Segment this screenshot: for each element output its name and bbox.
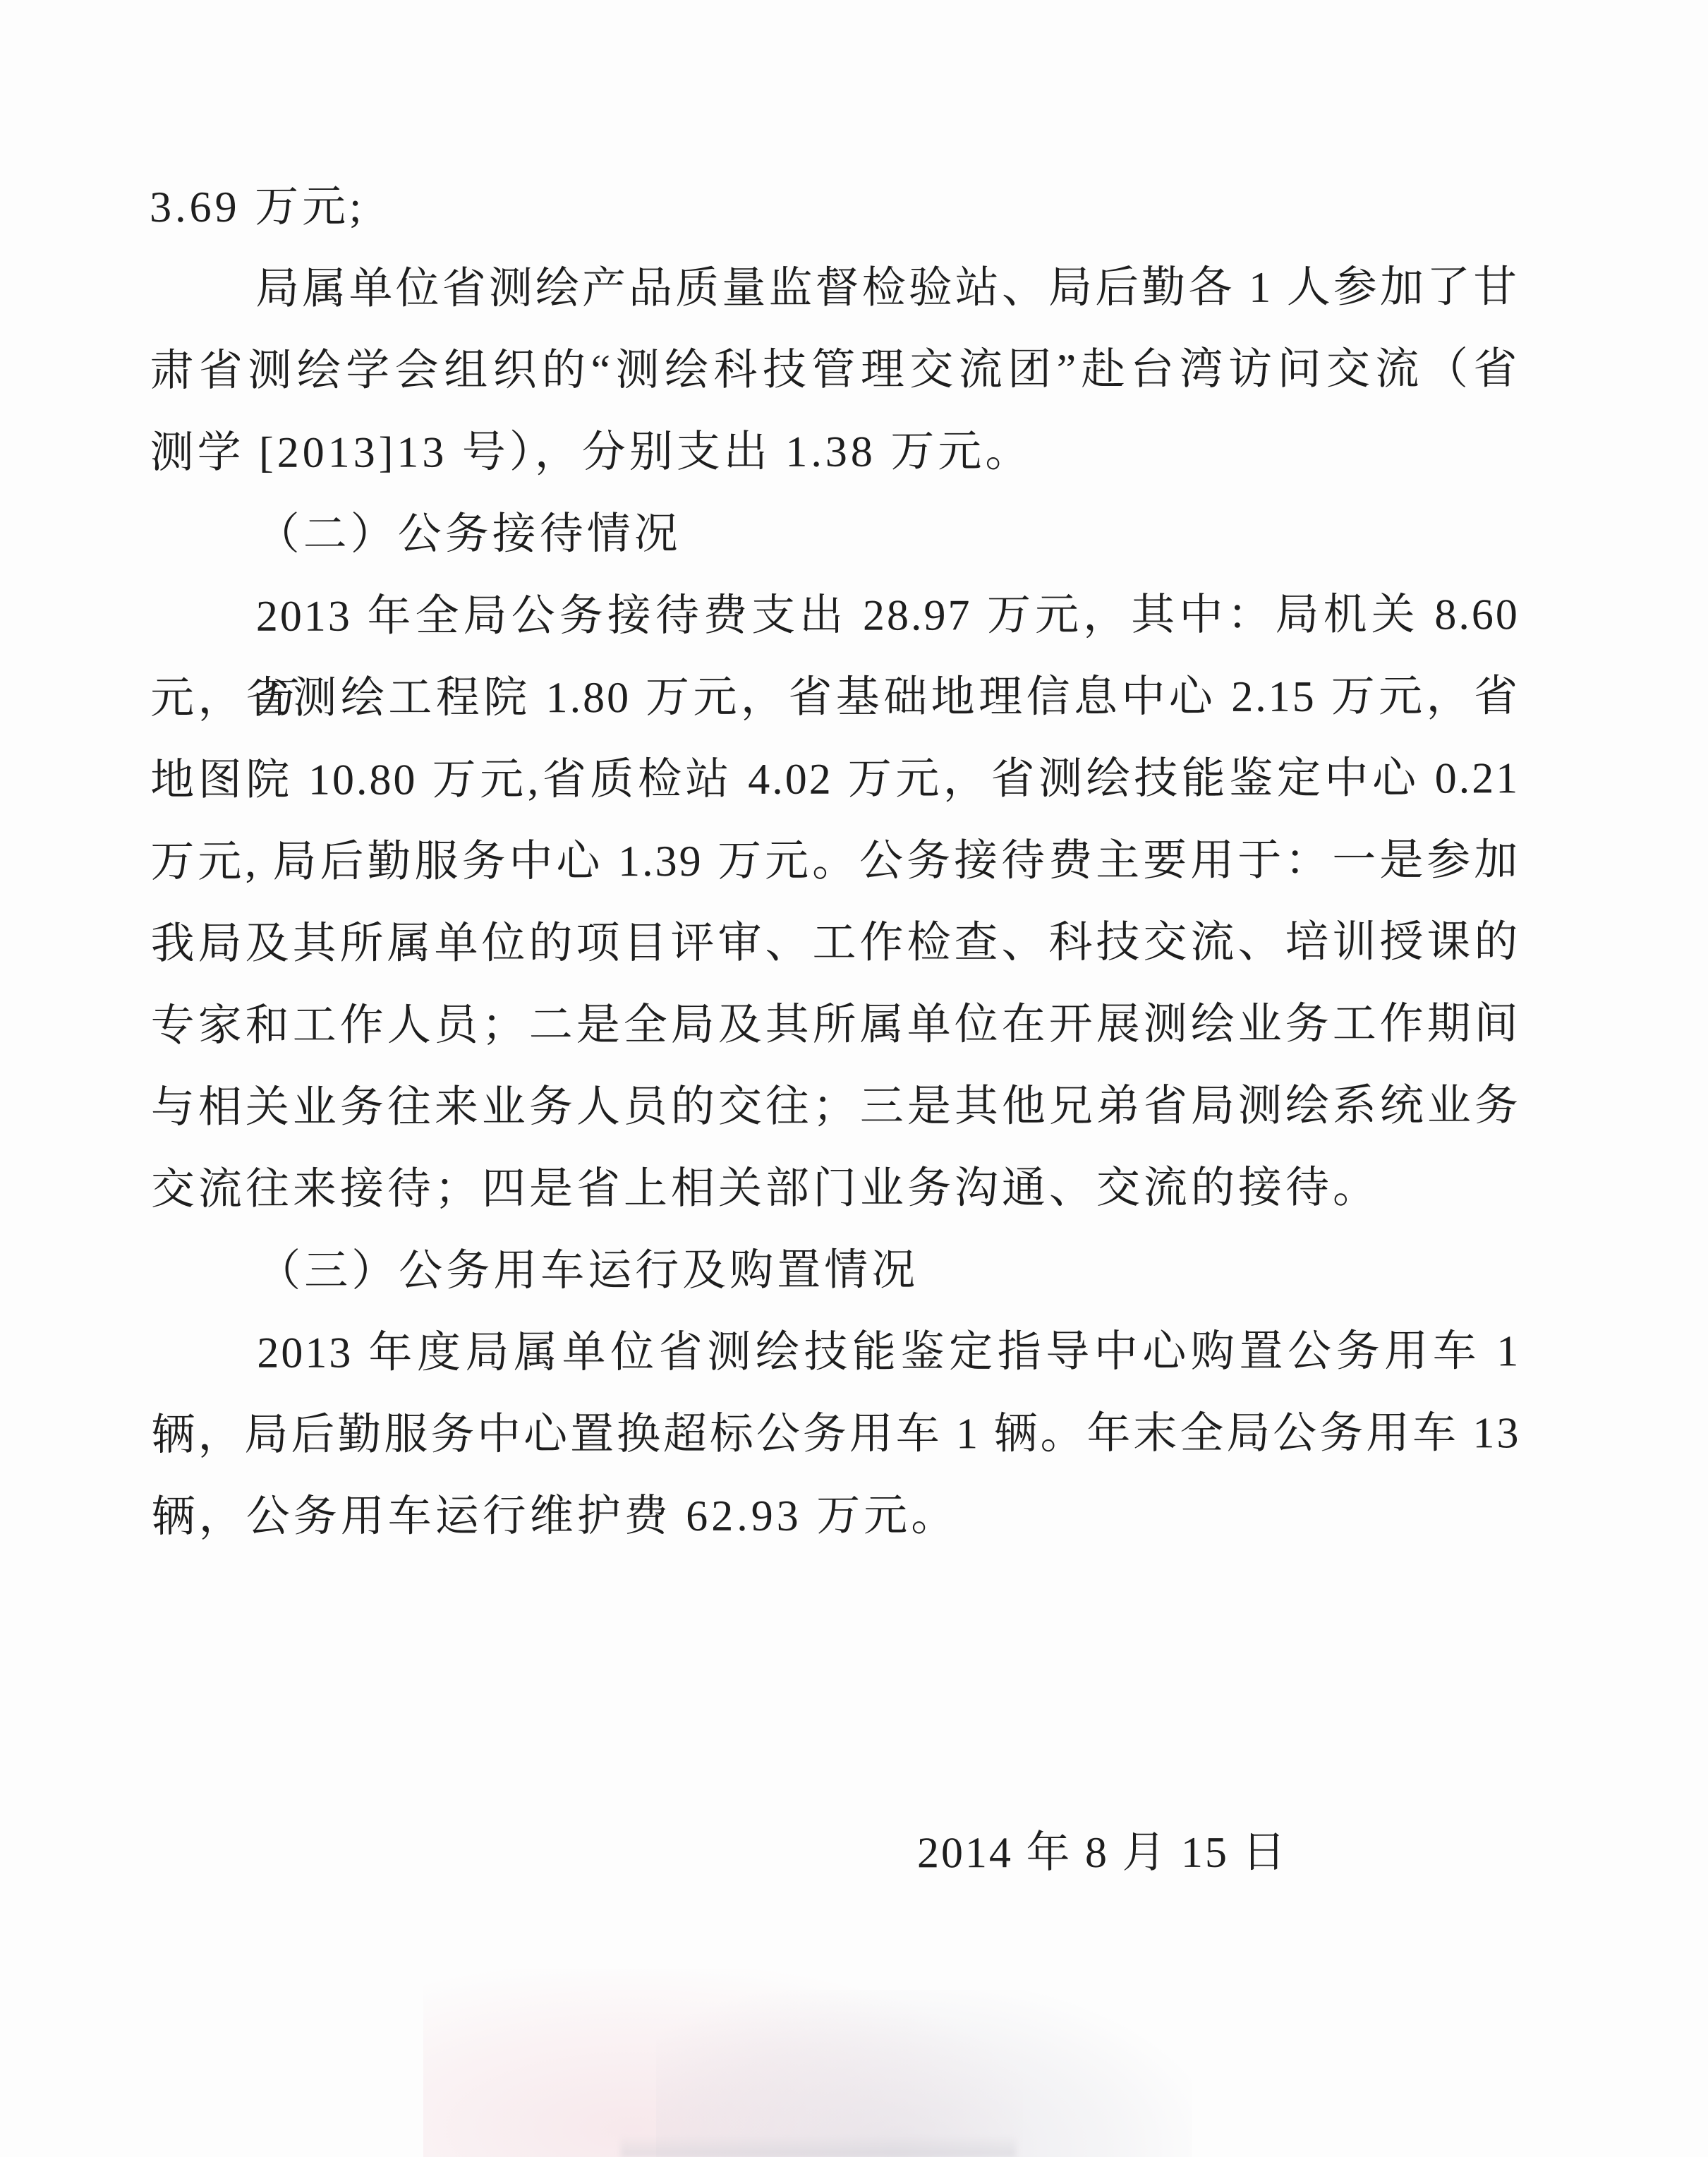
text-line: 辆，公务用车运行维护费 62.93 万元。: [152, 1474, 1521, 1558]
text-line: 2013 年全局公务接待费支出 28.97 万元，其中：局机关 8.60 万: [150, 574, 1520, 658]
text-line: 万元, 局后勤服务中心 1.39 万元。公务接待费主要用于：一是参加: [150, 819, 1520, 903]
text-line: （三）公务用车运行及购置情况: [151, 1228, 1520, 1312]
text-line: 辆，局后勤服务中心置换超标公务用车 1 辆。年末全局公务用车 13: [151, 1392, 1520, 1476]
signature-date: 2014 年 8 月 15 日: [917, 1812, 1288, 1895]
text-line: 专家和工作人员；二是全局及其所属单位在开展测绘业务工作期间: [151, 983, 1520, 1067]
page-bleed-artifact: [656, 1990, 1192, 2157]
text-line: 地图院 10.80 万元,省质检站 4.02 万元，省测绘技能鉴定中心 0.21: [150, 737, 1520, 821]
text-line: 与相关业务往来业务人员的交往；三是其他兄弟省局测绘系统业务: [151, 1065, 1520, 1149]
text-line: 3.69 万元;: [150, 164, 1519, 248]
text-line: 2013 年度局属单位省测绘技能鉴定指导中心购置公务用车 1: [151, 1310, 1520, 1394]
text-line: 交流往来接待；四是省上相关部门业务沟通、交流的接待。: [151, 1147, 1520, 1231]
document-page: 3.69 万元;局属单位省测绘产品质量监督检验站、局后勤各 1 人参加了甘肃省测…: [0, 0, 1708, 2157]
document-body: 3.69 万元;局属单位省测绘产品质量监督检验站、局后勤各 1 人参加了甘肃省测…: [150, 164, 1521, 1558]
text-line: 元，省测绘工程院 1.80 万元，省基础地理信息中心 2.15 万元，省: [150, 655, 1520, 739]
stamp-bleed-artifact: [423, 1969, 1023, 2157]
text-line: （二）公务接待情况: [150, 492, 1520, 576]
text-line: 我局及其所属单位的项目评审、工作检查、科技交流、培训授课的: [150, 901, 1520, 985]
bottom-edge-artifact: [621, 2135, 1016, 2157]
text-line: 肃省测绘学会组织的“测绘科技管理交流团”赴台湾访问交流（省: [150, 328, 1519, 412]
text-line: 局属单位省测绘产品质量监督检验站、局后勤各 1 人参加了甘: [150, 246, 1519, 330]
text-line: 测学 [2013]13 号），分别支出 1.38 万元。: [150, 410, 1519, 494]
